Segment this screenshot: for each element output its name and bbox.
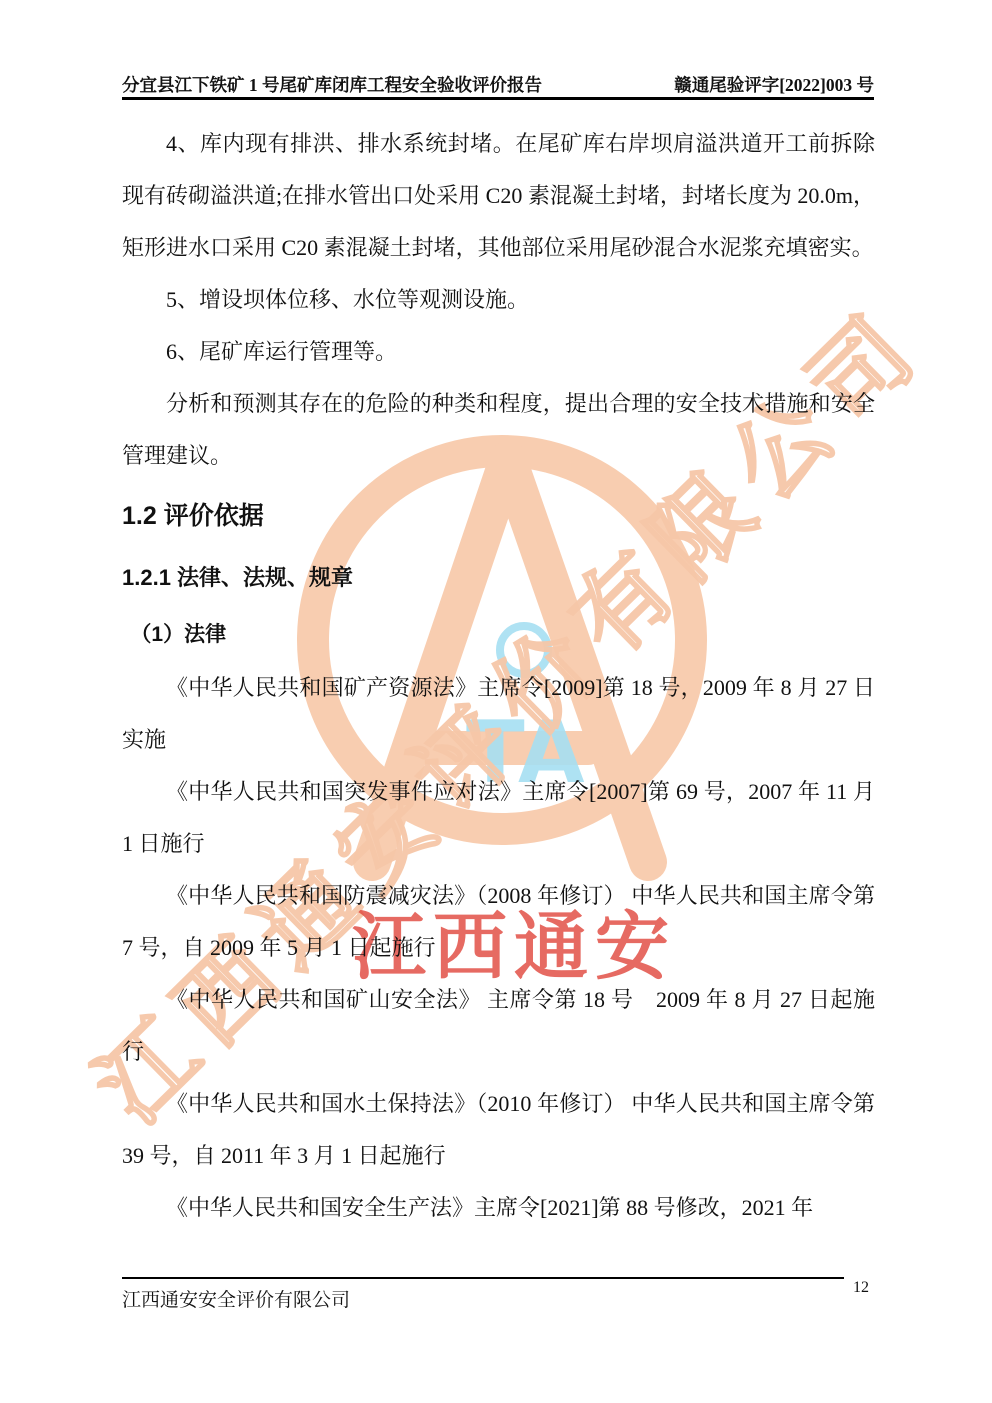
law-item-mine-safety: 《中华人民共和国矿山安全法》 主席令第 18 号 2009 年 8 月 27 日…	[122, 974, 875, 1078]
document-body: 4、库内现有排洪、排水系统封堵。在尾矿库右岸坝肩溢洪道开工前拆除现有砖砌溢洪道;…	[122, 118, 875, 1234]
law-item-earthquake-mitigation: 《中华人民共和国防震减灾法》（2008 年修订） 中华人民共和国主席令第 7 号…	[122, 870, 875, 974]
heading-law: （1）法律	[122, 608, 875, 662]
header-report-title: 分宜县江下铁矿 1 号尾矿库闭库工程安全验收评价报告	[122, 72, 542, 97]
paragraph-item-4: 4、库内现有排洪、排水系统封堵。在尾矿库右岸坝肩溢洪道开工前拆除现有砖砌溢洪道;…	[122, 118, 875, 274]
footer-company-name: 江西通安安全评价有限公司	[122, 1285, 350, 1312]
header-doc-number: 赣通尾验评字[2022]003 号	[674, 72, 874, 97]
content-layer: 分宜县江下铁矿 1 号尾矿库闭库工程安全验收评价报告 赣通尾验评字[2022]0…	[0, 0, 992, 1403]
paragraph-item-5: 5、增设坝体位移、水位等观测设施。	[122, 274, 875, 326]
law-item-emergency-response: 《中华人民共和国突发事件应对法》主席令[2007]第 69 号，2007 年 1…	[122, 766, 875, 870]
header-rule	[122, 97, 874, 100]
document-page: TA 江西通安评价有限公司 江西通安 分宜县江下铁矿 1 号尾矿库闭库工程安全验…	[0, 0, 992, 1403]
paragraph-item-6: 6、尾矿库运行管理等。	[122, 326, 875, 378]
heading-laws-regulations: 1.2.1 法律、法规、规章	[122, 550, 875, 606]
law-item-mineral-resources: 《中华人民共和国矿产资源法》主席令[2009]第 18 号，2009 年 8 月…	[122, 662, 875, 766]
paragraph-analysis: 分析和预测其存在的危险的种类和程度，提出合理的安全技术措施和安全管理建议。	[122, 378, 875, 482]
page-number: 12	[853, 1279, 869, 1297]
footer-rule	[122, 1277, 844, 1279]
law-item-soil-water-conservation: 《中华人民共和国水土保持法》（2010 年修订） 中华人民共和国主席令第 39 …	[122, 1078, 875, 1182]
heading-evaluation-basis: 1.2 评价依据	[122, 488, 875, 544]
law-item-work-safety: 《中华人民共和国安全生产法》主席令[2021]第 88 号修改，2021 年	[122, 1182, 875, 1234]
page-header: 分宜县江下铁矿 1 号尾矿库闭库工程安全验收评价报告 赣通尾验评字[2022]0…	[122, 72, 874, 97]
